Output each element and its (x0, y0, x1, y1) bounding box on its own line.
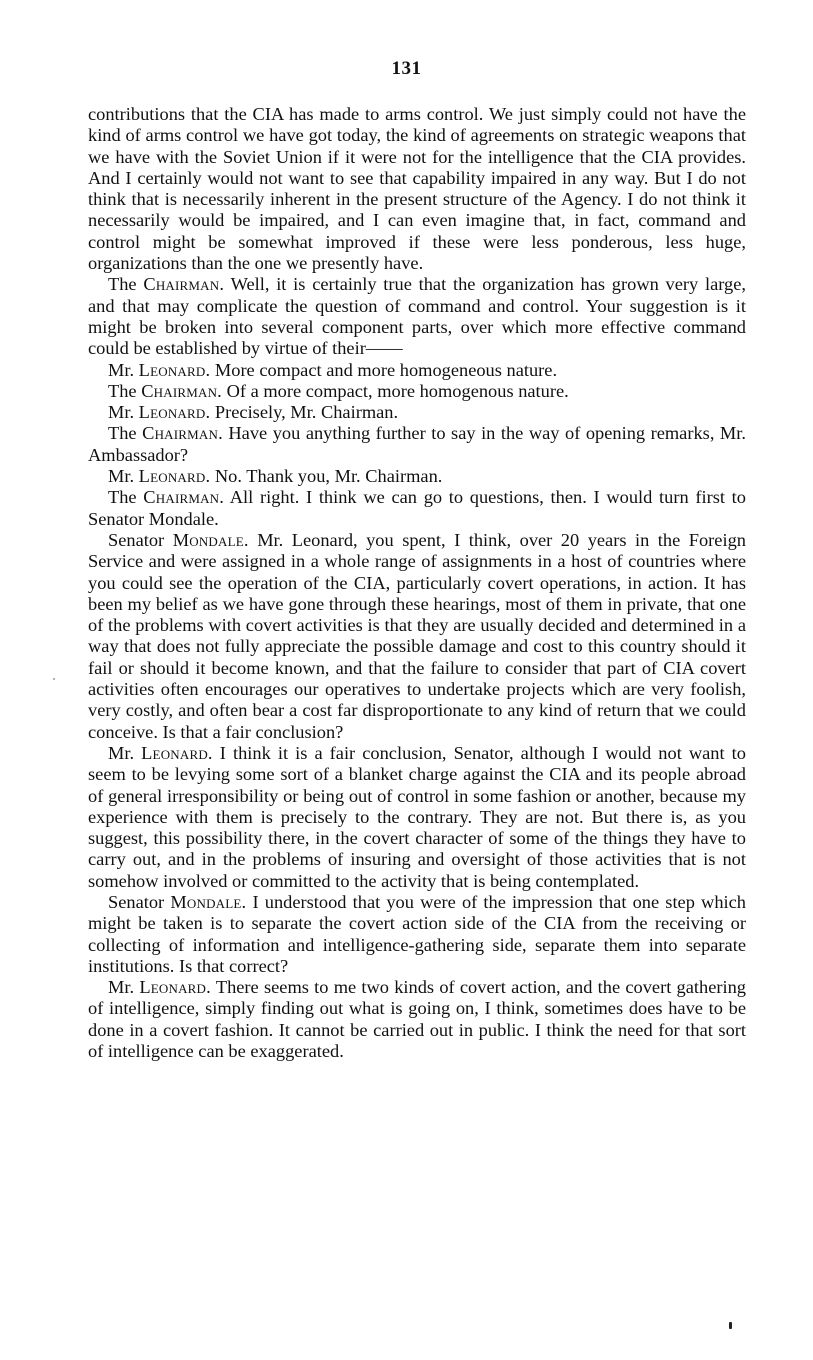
speaker-prefix: Senator (108, 530, 164, 550)
paragraph-leonard: Mr. Leonard. I think it is a fair conclu… (88, 743, 746, 892)
speaker-name: Chairman. (143, 274, 224, 294)
transcript-body: contributions that the CIA has made to a… (88, 104, 746, 1062)
paragraph-text: Mr. Leonard, you spent, I think, over 20… (88, 530, 746, 742)
paragraph-leonard: Mr. Leonard. Precisely, Mr. Chairman. (88, 402, 746, 423)
speaker-prefix: Mr. (108, 743, 134, 763)
paragraph-text: contributions that the CIA has made to a… (88, 104, 746, 273)
speaker-name: Chairman. (141, 381, 222, 401)
paragraph-chairman: The Chairman. Of a more compact, more ho… (88, 381, 746, 402)
speaker-prefix: The (108, 381, 137, 401)
paragraph-text: More compact and more homogeneous nature… (215, 360, 557, 380)
speaker-name: Leonard. (139, 977, 211, 997)
speaker-name: Chairman. (142, 423, 223, 443)
page-number: 131 (0, 58, 813, 80)
paragraph-mondale: Senator Mondale. I understood that you w… (88, 892, 746, 977)
speaker-prefix: The (108, 274, 137, 294)
scan-speck-mark (53, 678, 55, 680)
speaker-name: Chairman. (143, 487, 224, 507)
speaker-prefix: Senator (108, 892, 164, 912)
paragraph-text: Of a more compact, more homogenous natur… (227, 381, 569, 401)
scan-speck-mark (729, 1322, 732, 1329)
paragraph-chairman: The Chairman. Well, it is certainly true… (88, 274, 746, 359)
speaker-prefix: Mr. (108, 466, 134, 486)
speaker-name: Leonard. (139, 466, 211, 486)
paragraph-leonard: Mr. Leonard. No. Thank you, Mr. Chairman… (88, 466, 746, 487)
speaker-prefix: Mr. (108, 977, 134, 997)
speaker-name: Mondale. (170, 892, 246, 912)
paragraph-text: No. Thank you, Mr. Chairman. (215, 466, 442, 486)
paragraph-chairman: The Chairman. Have you anything further … (88, 423, 746, 466)
paragraph-leonard: Mr. Leonard. There seems to me two kinds… (88, 977, 746, 1062)
speaker-name: Leonard. (139, 360, 211, 380)
speaker-prefix: The (108, 423, 137, 443)
speaker-prefix: Mr. (108, 402, 134, 422)
speaker-prefix: Mr. (108, 360, 134, 380)
paragraph-text: I think it is a fair conclusion, Senator… (88, 743, 746, 891)
paragraph-chairman: The Chairman. All right. I think we can … (88, 487, 746, 530)
paragraph-leonard: Mr. Leonard. More compact and more homog… (88, 360, 746, 381)
speaker-name: Mondale. (173, 530, 249, 550)
speaker-prefix: The (108, 487, 137, 507)
paragraph-continuation: contributions that the CIA has made to a… (88, 104, 746, 274)
paragraph-text: Precisely, Mr. Chairman. (215, 402, 398, 422)
paragraph-mondale: Senator Mondale. Mr. Leonard, you spent,… (88, 530, 746, 743)
speaker-name: Leonard. (139, 402, 211, 422)
speaker-name: Leonard. (141, 743, 213, 763)
